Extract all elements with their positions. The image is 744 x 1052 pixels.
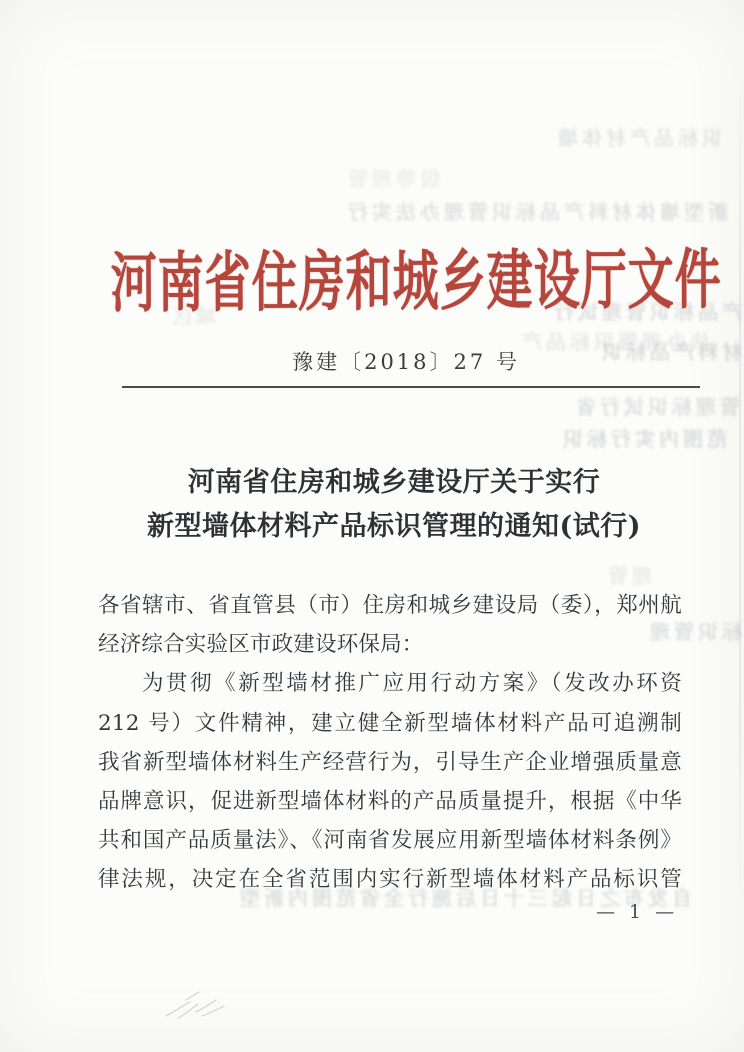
body-line: 经济综合实验区市政建设环保局：	[98, 625, 682, 664]
body-line: 品牌意识，促进新型墙体材料的产品质量提升，根据《中华人民	[98, 782, 682, 821]
bleedthrough-text: 级等理管	[330, 163, 440, 192]
bleedthrough-text: 管理标识试行省	[578, 391, 740, 420]
notice-subject: 河南省住房和城乡建设厅关于实行 新型墙体材料产品标识管理的通知(试行)	[22, 461, 744, 549]
bleedthrough-text: 范围内实行标识	[551, 423, 727, 452]
body-line: 各省辖市、省直管县（市）住房和城乡建设局（委），郑州航空港	[98, 586, 682, 625]
pencil-scribble-icon	[152, 982, 244, 1028]
page-number: — 1 —	[596, 901, 678, 923]
body-line: 我省新型墙体材料生产经营行为，引导生产企业增强质量意识和	[98, 743, 682, 782]
separator-rule	[122, 386, 700, 388]
document-number: 豫建〔2018〕27 号	[34, 346, 744, 376]
notice-subject-line2: 新型墙体材料产品标识管理的通知(试行)	[22, 505, 744, 549]
scanned-document-page: 识标品产材体墙 级等理管 新型墙体材料产品标识管理办法实行 法办理管识标品产 产…	[0, 0, 744, 1052]
body-line: 为贯彻《新型墙材推广应用行动方案》（发改办环资〔2017〕	[98, 664, 682, 703]
body-line: 共和国产品质量法》、《河南省发展应用新型墙体材料条例》等法	[98, 821, 682, 860]
notice-subject-line1: 河南省住房和城乡建设厅关于实行	[22, 461, 744, 505]
body-line: 212 号）文件精神，建立健全新型墙体材料产品可追溯制度，规范	[98, 704, 682, 743]
body-line: 律法规，决定在全省范围内实行新型墙体材料产品标识管理，现	[98, 860, 682, 899]
bleedthrough-text: 识标品产材体墙	[552, 122, 722, 151]
body-text: 各省辖市、省直管县（市）住房和城乡建设局（委），郑州航空港 经济综合实验区市政建…	[98, 586, 682, 900]
scan-edge-shadow	[739, 70, 741, 910]
agency-letterhead-title: 河南省住房和城乡建设厅文件	[44, 228, 744, 326]
bleedthrough-text: 新型墙体材料产品标识管理办法实行	[280, 196, 728, 225]
bleedthrough-text: 理管	[592, 560, 652, 589]
